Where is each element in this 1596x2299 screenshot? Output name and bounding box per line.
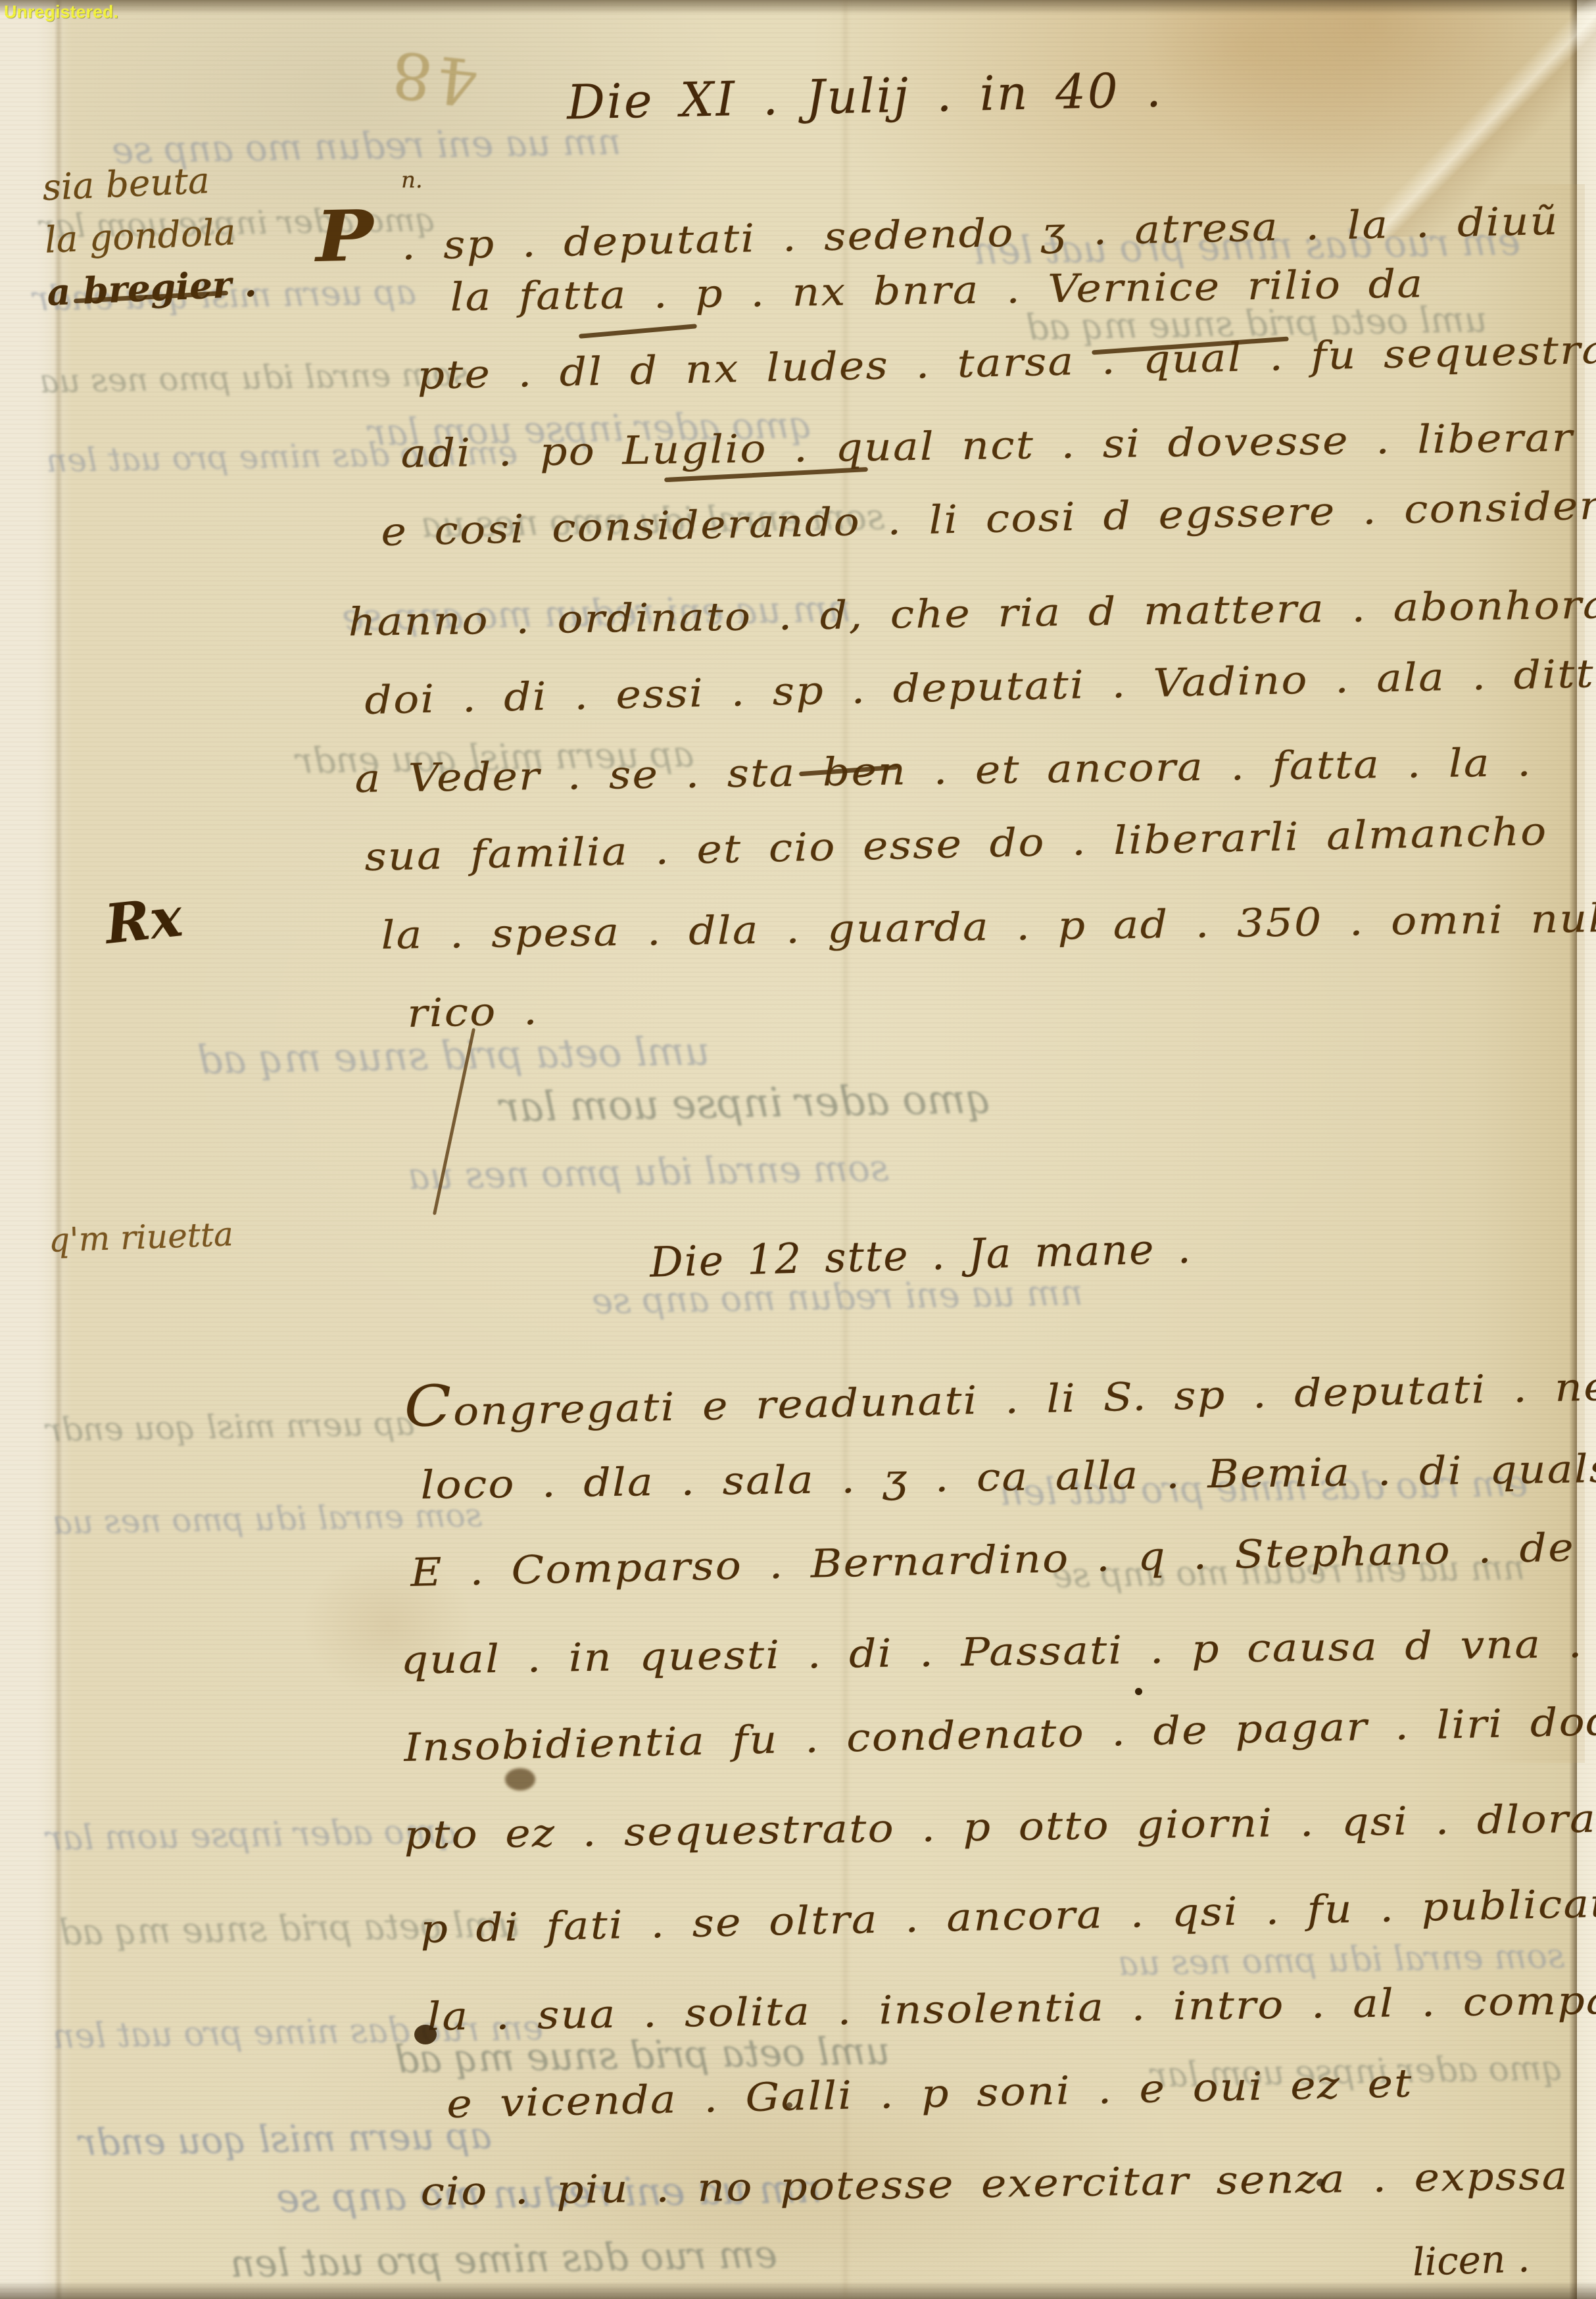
folio-number: 48 <box>383 36 481 119</box>
bottom-edge-shadow <box>0 2281 1596 2299</box>
entry1-paragraph: P . sp . deputati . sedendo ʒ . atresa .… <box>309 196 1596 1069</box>
entry1-date-heading: Die XI . Julij . in 40 . <box>566 62 1163 130</box>
manuscript-line: P . sp . deputati . sedendo ʒ . atresa .… <box>315 163 1596 274</box>
manuscript-line: pto ez . sequestrato . p otto giorni . q… <box>404 1792 1596 1900</box>
entry2-date-heading: Die 12 stte . Ja mane . <box>649 1224 1192 1287</box>
verso-showthrough: qmo ader inpse uom lar <box>499 1074 992 1131</box>
margin-paraph-mark: Rx <box>102 885 185 956</box>
entry2-margin-note: q'm riuetta <box>48 1215 234 1260</box>
verso-showthrough: som enral idu pmo nes ua <box>407 1147 889 1199</box>
margin-note-line: a bregier . <box>46 257 258 319</box>
superscript-note: n. <box>401 167 423 193</box>
entry1-margin-note: sia beuta la gondola a bregier . <box>41 152 258 319</box>
margin-note-line: la gondola <box>43 205 255 266</box>
left-binding-crease <box>55 0 62 2299</box>
manuscript-page: Unregistered. 48 nm ua eni redun mo anp … <box>0 0 1596 2299</box>
margin-note-line: sia beuta <box>41 152 253 214</box>
verso-showthrough: ap uern misl qou endr <box>46 1404 415 1449</box>
entry2-paragraph: Congregati e readunati . li S. sp . depu… <box>395 1375 1596 2256</box>
unregistered-watermark: Unregistered. <box>4 2 118 22</box>
manuscript-line: Congregati e readunati . li S. sp . depu… <box>404 1344 1596 1462</box>
entry2-closing-word: licen . <box>1412 2236 1530 2285</box>
